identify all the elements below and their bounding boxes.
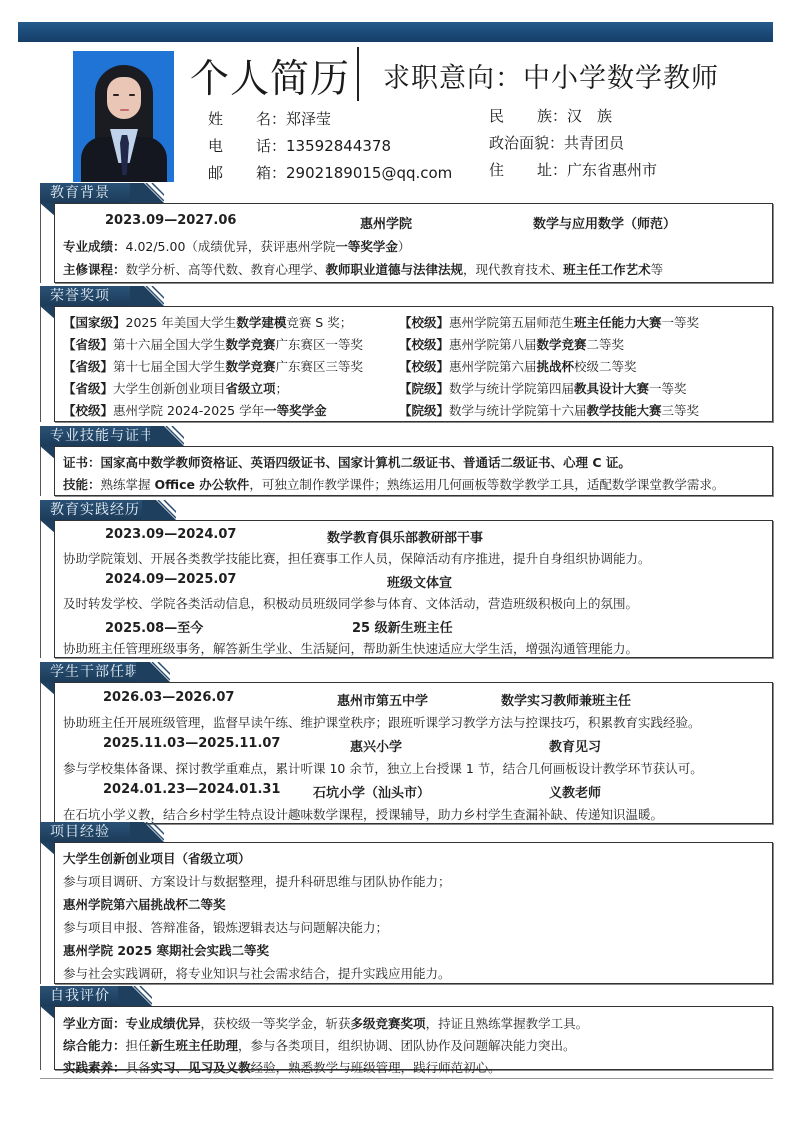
- cadre-desc: 在石坑小学义教，结合乡村学生特点设计趣味数学课程，授课辅导，助力乡村学生查漏补缺…: [63, 805, 663, 823]
- skills-box: 证书：国家高中数学教师资格证、英语四级证书、国家计算机二级证书、普通话二级证书、…: [54, 446, 773, 496]
- edu-school: 惠州学院: [360, 213, 412, 232]
- cadre-org: 石坑小学（汕头市）: [313, 782, 430, 801]
- section-title-projects: 项目经验: [40, 822, 140, 842]
- honor-item: 【校级】惠州学院第五届师范生班主任能力大赛一等奖: [399, 313, 699, 331]
- section-title-honors: 荣誉奖项: [40, 286, 140, 306]
- practice-role: 数学教育俱乐部教研部干事: [327, 527, 483, 546]
- info-address: 住址：广东省惠州市: [489, 157, 657, 184]
- honor-item: 【院级】数学与统计学院第十六届教学技能大赛三等奖: [399, 401, 699, 419]
- cadre-org: 惠兴小学: [350, 736, 402, 755]
- honors-box: 【国家级】2025 年美国大学生数学建模竞赛 S 奖； 【省级】第十六届全国大学…: [54, 306, 773, 422]
- resume-title: 个人简历: [190, 48, 350, 104]
- slash-decoration-icon: [130, 822, 164, 842]
- projects-box: 大学生创新创业项目（省级立项） 参与项目调研、方案设计与数据整理，提升科研思维与…: [54, 842, 773, 984]
- cadre-desc: 协助班主任开展班级管理，监督早读午练、维护课堂秩序；跟班听课学习教学方法与控课技…: [63, 713, 701, 731]
- section-title-practice: 教育实践经历: [40, 500, 152, 520]
- project-name: 大学生创新创业项目（省级立项）: [63, 849, 251, 867]
- practice-role: 班级文体宣: [387, 572, 452, 591]
- cadre-period: 2024.01.23—2024.01.31: [103, 782, 280, 797]
- cadre-role: 教育见习: [549, 736, 601, 755]
- honor-item: 【省级】第十七届全国大学生数学竞赛广东赛区三等奖: [63, 357, 363, 375]
- edu-courses: 主修课程：数学分析、高等代数、教育心理学、教师职业道德与法律法规，现代教育技术、…: [63, 260, 663, 278]
- section-title-self-eval: 自我评价: [40, 986, 128, 1006]
- name-value: 郑泽莹: [286, 106, 331, 133]
- education-box: 2023.09—2027.06 惠州学院 数学与应用数学（师范） 专业成绩：4.…: [54, 203, 773, 283]
- eval-academic: 学业方面：专业成绩优异，获校级一等奖学金，斩获多级竞赛奖项，持证且熟练掌握教学工…: [63, 1014, 588, 1032]
- honor-item: 【国家级】2025 年美国大学生数学建模竞赛 S 奖；: [63, 313, 352, 331]
- practice-desc: 协助学院策划、开展各类教学技能比赛，担任赛事工作人员，保障活动有序推进，提升自身…: [63, 549, 651, 567]
- cadre-org: 惠州市第五中学: [337, 690, 428, 709]
- edu-period: 2023.09—2027.06: [105, 213, 236, 228]
- honor-item: 【院级】数学与统计学院第四届教具设计大赛一等奖: [399, 379, 687, 397]
- project-desc: 参与社会实践调研，将专业知识与社会需求结合，提升实践应用能力。: [63, 964, 451, 982]
- section-title-cadre: 学生干部任职: [40, 662, 146, 682]
- eval-ability: 综合能力：担任新生班主任助理，参与各类项目，组织协调、团队协作及问题解决能力突出…: [63, 1036, 576, 1054]
- slash-decoration-icon: [130, 183, 164, 203]
- project-name: 惠州学院 2025 寒期社会实践二等奖: [63, 941, 269, 959]
- edu-gpa: 专业成绩：4.02/5.00（成绩优异，获评惠州学院一等奖学金）: [63, 237, 410, 255]
- project-desc: 参与项目申报、答辩准备，锻炼逻辑表达与问题解决能力；: [63, 918, 388, 936]
- cadre-role: 数学实习教师兼班主任: [501, 690, 631, 709]
- info-email: 邮箱：2902189015@qq.com: [208, 160, 452, 187]
- certificates: 证书：国家高中数学教师资格证、英语四级证书、国家计算机二级证书、普通话二级证书、…: [63, 453, 631, 471]
- project-name: 惠州学院第六届挑战杯二等奖: [63, 895, 226, 913]
- skills-text: 技能：熟练掌握 Office 办公软件，可独立制作教学课件；熟练运用几何画板等数…: [63, 475, 724, 493]
- info-phone: 电话：13592844378: [208, 133, 452, 160]
- project-desc: 参与项目调研、方案设计与数据整理，提升科研思维与团队协作能力；: [63, 872, 451, 890]
- honor-item: 【校级】惠州学院 2024-2025 学年一等奖学金: [63, 401, 327, 419]
- slash-decoration-icon: [136, 662, 170, 682]
- footer-divider: [40, 1078, 773, 1079]
- section-title-education: 教育背景: [40, 183, 140, 203]
- practice-period: 2023.09—2024.07: [105, 527, 236, 542]
- cadre-box: 2026.03—2026.07 惠州市第五中学 数学实习教师兼班主任 协助班主任…: [54, 682, 773, 824]
- self-eval-box: 学业方面：专业成绩优异，获校级一等奖学金，斩获多级竞赛奖项，持证且熟练掌握教学工…: [54, 1006, 773, 1070]
- personal-info-right: 民族：汉 族 政治面貌：共青团员 住址：广东省惠州市: [489, 103, 657, 184]
- header-accent-bar: [18, 22, 773, 42]
- practice-role: 25 级新生班主任: [352, 617, 453, 636]
- cadre-desc: 参与学校集体备课、探讨教学重难点，累计听课 10 余节，独立上台授课 1 节，结…: [63, 759, 703, 777]
- slash-decoration-icon: [150, 426, 184, 446]
- profile-photo: [73, 51, 174, 182]
- cadre-period: 2025.11.03—2025.11.07: [103, 736, 280, 751]
- practice-desc: 协助班主任管理班级事务，解答新生学业、生活疑问，帮助新生快速适应大学生活，增强沟…: [63, 639, 638, 657]
- practice-desc: 及时转发学校、学院各类活动信息，积极动员班级同学参与体育、文体活动，营造班级积极…: [63, 594, 638, 612]
- honor-item: 【省级】大学生创新创业项目省级立项；: [63, 379, 288, 397]
- honor-item: 【省级】第十六届全国大学生数学竞赛广东赛区一等奖: [63, 335, 363, 353]
- edu-major: 数学与应用数学（师范）: [533, 213, 676, 232]
- honor-item: 【校级】惠州学院第八届数学竞赛二等奖: [399, 335, 624, 353]
- email-value: 2902189015@qq.com: [286, 160, 452, 187]
- info-political: 政治面貌：共青团员: [489, 130, 657, 157]
- cadre-role: 义教老师: [549, 782, 601, 801]
- eval-practice: 实践素养：具备实习、见习及义教经验，熟悉教学与班级管理，践行师范初心。: [63, 1058, 501, 1076]
- section-title-skills: 专业技能与证书: [40, 426, 160, 446]
- phone-value: 13592844378: [286, 133, 391, 160]
- slash-decoration-icon: [142, 500, 176, 520]
- slash-decoration-icon: [130, 286, 164, 306]
- personal-info-left: 姓名：郑泽莹 电话：13592844378 邮箱：2902189015@qq.c…: [208, 106, 452, 187]
- cadre-period: 2026.03—2026.07: [103, 690, 234, 705]
- info-ethnicity: 民族：汉 族: [489, 103, 657, 130]
- info-name: 姓名：郑泽莹: [208, 106, 452, 133]
- title-divider: [357, 47, 359, 101]
- practice-box: 2023.09—2024.07 数学教育俱乐部教研部干事 协助学院策划、开展各类…: [54, 520, 773, 658]
- honor-item: 【校级】惠州学院第六届挑战杯校级二等奖: [399, 357, 637, 375]
- job-intent: 求职意向：中小学数学教师: [383, 56, 719, 95]
- slash-decoration-icon: [118, 986, 152, 1006]
- practice-period: 2024.09—2025.07: [105, 572, 236, 587]
- practice-period: 2025.08—至今: [105, 617, 203, 636]
